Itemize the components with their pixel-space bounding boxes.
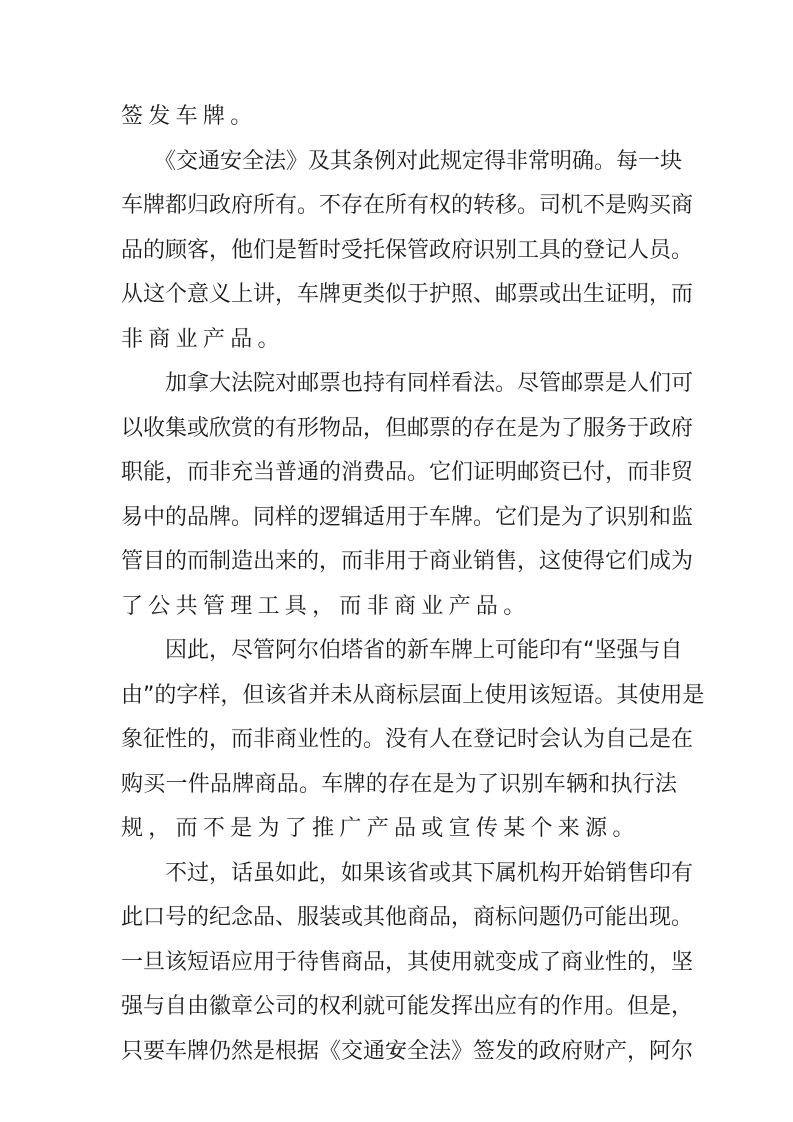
text-line: 品的顾客，他们是暂时受托保管政府识别工具的登记人员。	[121, 235, 677, 280]
text-line: 易中的品牌。同样的逻辑适用于车牌。它们是为了识别和监	[121, 502, 677, 547]
text-line: 加拿大法院对邮票也持有同样看法。尽管邮票是人们可	[121, 368, 677, 413]
body-text: 签发车牌。 《交通安全法》及其条例对此规定得非常明确。每一块 车牌都归政府所有。…	[121, 101, 677, 1080]
text-line: 一旦该短语应用于待售商品，其使用就变成了商业性的，坚	[121, 947, 677, 992]
text-line: 因此，尽管阿尔伯塔省的新车牌上可能印有“坚强与自	[121, 635, 677, 680]
text-line: 签发车牌。	[121, 101, 677, 146]
text-line: 以收集或欣赏的有形物品，但邮票的存在是为了服务于政府	[121, 413, 677, 458]
text-line: 由”的字样，但该省并未从商标层面上使用该短语。其使用是	[121, 680, 677, 725]
text-line: 管目的而制造出来的，而非用于商业销售，这使得它们成为	[121, 546, 677, 591]
text-line: 不过，话虽如此，如果该省或其下属机构开始销售印有	[121, 858, 677, 903]
text-line: 规，而不是为了推广产品或宣传某个来源。	[121, 813, 677, 858]
text-line: 此口号的纪念品、服装或其他商品，商标问题仍可能出现。	[121, 902, 677, 947]
text-line: 只要车牌仍然是根据《交通安全法》签发的政府财产，阿尔	[121, 1036, 677, 1081]
document-page: 签发车牌。 《交通安全法》及其条例对此规定得非常明确。每一块 车牌都归政府所有。…	[0, 0, 793, 1122]
text-line: 象征性的，而非商业性的。没有人在登记时会认为自己是在	[121, 724, 677, 769]
page-number: 17	[0, 1045, 793, 1057]
text-line: 《交通安全法》及其条例对此规定得非常明确。每一块	[121, 146, 677, 191]
text-line: 职能，而非充当普通的消费品。它们证明邮资已付，而非贸	[121, 457, 677, 502]
text-line: 了公共管理工具，而非商业产品。	[121, 591, 677, 636]
text-line: 非商业产品。	[121, 324, 677, 369]
text-line: 从这个意义上讲，车牌更类似于护照、邮票或出生证明，而	[121, 279, 677, 324]
text-line: 车牌都归政府所有。不存在所有权的转移。司机不是购买商	[121, 190, 677, 235]
text-line: 强与自由徽章公司的权利就可能发挥出应有的作用。但是，	[121, 991, 677, 1036]
text-line: 购买一件品牌商品。车牌的存在是为了识别车辆和执行法	[121, 769, 677, 814]
